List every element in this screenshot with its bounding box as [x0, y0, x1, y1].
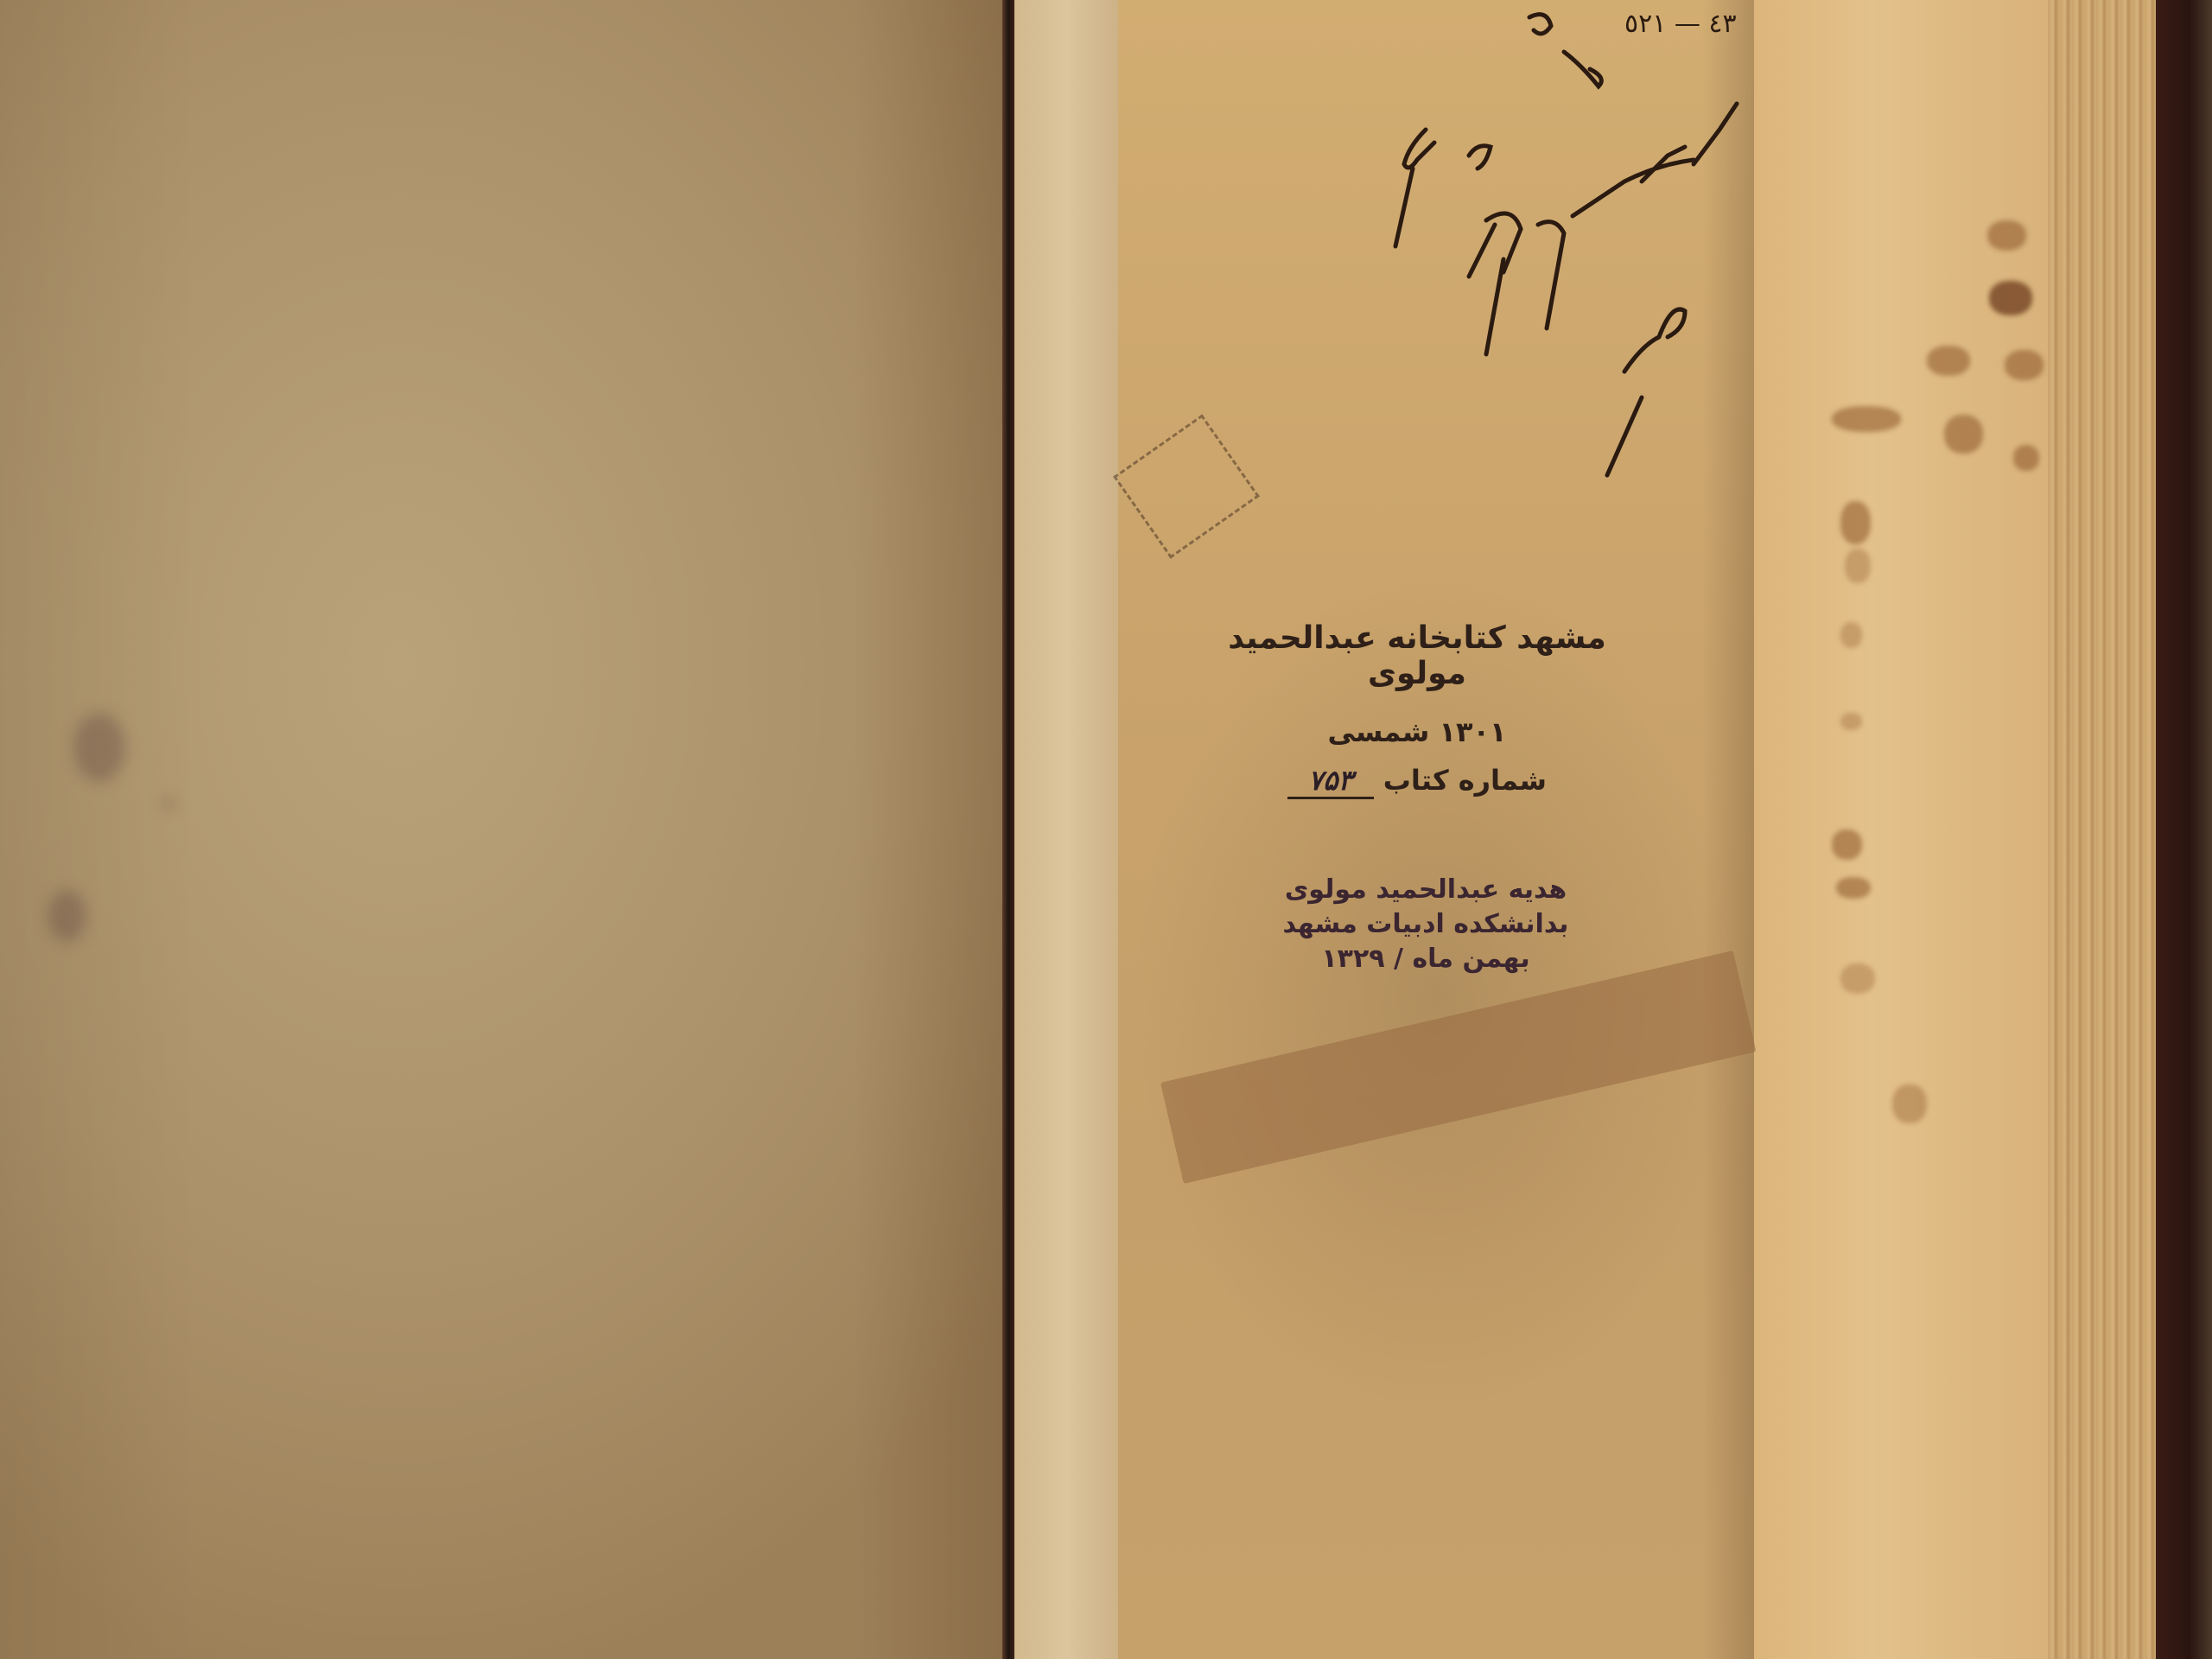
book-number: ۷۵۳ — [1287, 764, 1374, 799]
stain-spot — [1840, 713, 1862, 730]
stain-spot — [1845, 549, 1871, 583]
stain-spot — [1892, 1084, 1927, 1123]
stain-spot — [1989, 281, 2032, 315]
stain-spot — [1927, 346, 1970, 376]
stain-spot — [1840, 963, 1875, 994]
gift-donor: هدیه عبدالحمید مولوی — [1253, 873, 1599, 907]
manuscript-photo: ٤٣ — ٥٢١ مشهد کتابخانه عبدالحمید مولوی ۱… — [0, 0, 2212, 1659]
book-number-row: شماره کتاب ۷۵۳ — [1218, 764, 1616, 797]
stain-spot — [2005, 350, 2044, 380]
stain-spot — [73, 713, 125, 782]
outer-page-strip — [1754, 0, 2048, 1659]
handwritten-note-top: ٤٣ — ٥٢١ — [1624, 9, 1737, 39]
library-name: مشهد کتابخانه عبدالحمید مولوی — [1218, 620, 1616, 691]
book-gutter — [1002, 0, 1014, 1659]
stain-spot — [1832, 829, 1862, 860]
book-number-label: شماره کتاب — [1383, 764, 1547, 797]
stain-spot — [1944, 415, 1983, 454]
library-ownership-stamp: مشهد کتابخانه عبدالحمید مولوی ۱۳۰۱ شمسی … — [1218, 620, 1616, 797]
left-endpaper — [0, 0, 1002, 1659]
gift-recipient: بدانشکده ادبیات مشهد — [1253, 907, 1599, 942]
stain-spot — [1840, 501, 1871, 544]
stain-spot — [1836, 877, 1871, 899]
stain-spot — [2013, 445, 2039, 471]
book-cover-edge — [2156, 0, 2212, 1659]
stain-spot — [1832, 406, 1901, 432]
stain-spot — [48, 890, 86, 942]
gift-date: بهمن ماه / ۱۳۲۹ — [1253, 942, 1599, 976]
gift-stamp: هدیه عبدالحمید مولوی بدانشکده ادبیات مشه… — [1253, 873, 1599, 976]
guard-strip — [1014, 0, 1120, 1659]
stain-spot — [1840, 622, 1862, 648]
library-year: ۱۳۰۱ شمسی — [1218, 715, 1616, 748]
stain-spot — [1987, 220, 2026, 251]
stain-spot — [160, 795, 177, 812]
handwritten-inscription — [1279, 0, 1763, 570]
page-edges — [2048, 0, 2156, 1659]
